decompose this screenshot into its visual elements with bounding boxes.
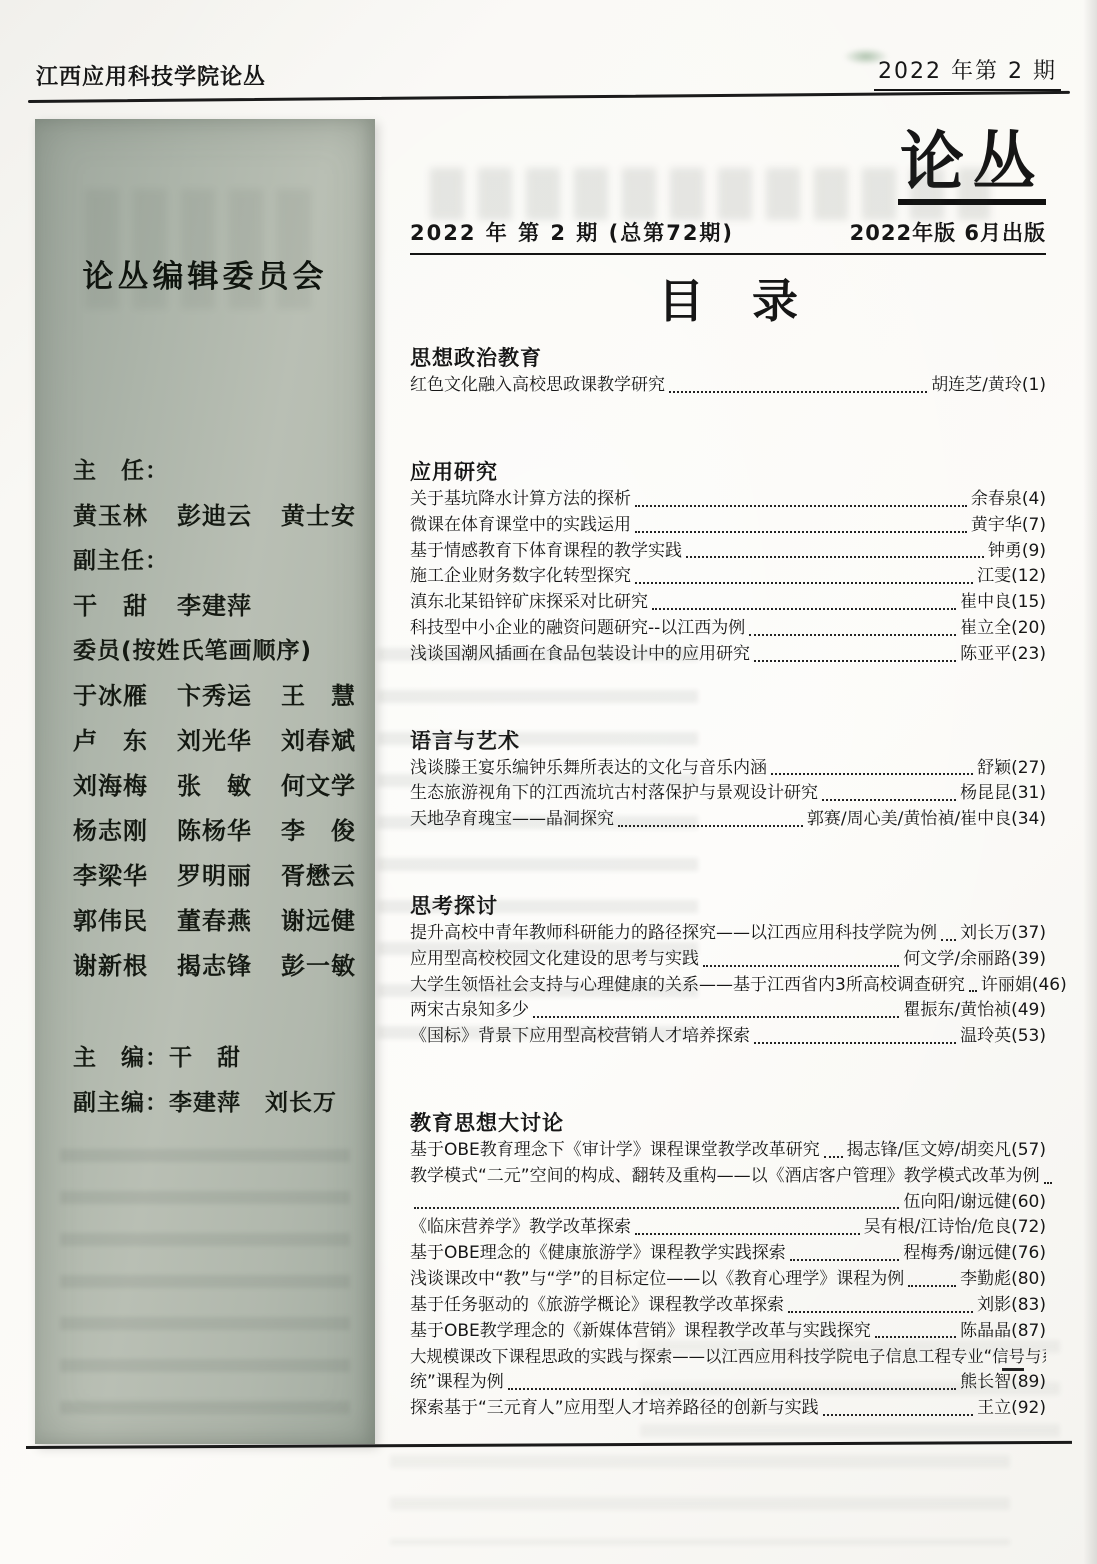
board-member-name: 陈杨华 — [177, 811, 281, 846]
board-member-name: 卢 东 — [73, 721, 177, 756]
board-names-row: 郭伟民董春燕谢远健 — [73, 896, 337, 941]
board-member-name: 主 编：干 甜 — [73, 1039, 241, 1072]
toc-entry-authors-page: 胡连芝/黄玲(1) — [931, 373, 1046, 399]
toc-entry: 伍向阳/谢远健(60) — [410, 1190, 1046, 1216]
toc-entry: 基于OBE理念的《健康旅游学》课程教学实践探索程梅秀/谢远健(76) — [410, 1241, 1046, 1267]
board-member-name: 胥懋云 — [281, 856, 356, 891]
board-names-row: 干 甜李建萍 — [73, 581, 337, 626]
toc-entry-title: 滇东北某铅锌矿床探采对比研究 — [410, 590, 648, 616]
toc-entry-title: 基于OBE教学理念的《新媒体营销》课程教学改革与实践探究 — [410, 1319, 871, 1345]
toc-entry: 天地孕育瑰宝——晶洞探究郭赛/周心美/黄怡禎/崔中良(34) — [410, 807, 1046, 833]
journal-masthead-title: 论丛 — [898, 130, 1046, 205]
toc-entry-authors-page: 陈晶晶(87) — [960, 1319, 1046, 1345]
toc-entry: 施工企业财务数字化转型探究江雯(12) — [410, 564, 1046, 590]
toc-entry-authors-page: 陈亚平(23) — [960, 642, 1046, 668]
toc-section-heading: 思想政治教育 — [410, 343, 1046, 373]
toc-entry-authors-page: 郭赛/周心美/黄怡禎/崔中良(34) — [807, 807, 1046, 833]
scan-smudge-artifact — [843, 48, 889, 65]
toc-entry-authors-page: 熊长智(89) — [960, 1370, 1046, 1396]
toc-entry-title: 浅谈滕王宴乐编钟乐舞所表达的文化与音乐内涵 — [410, 756, 767, 782]
board-label-row: 主 任： — [73, 446, 337, 491]
board-names-row: 黄玉林彭迪云黄士安 — [73, 491, 337, 536]
toc-entry: 《国标》背景下应用型高校营销人才培养探索温玲英(53) — [410, 1024, 1046, 1050]
board-member-name: 罗明丽 — [177, 856, 281, 891]
running-head-issue: 2022 年第 2 期 — [874, 54, 1061, 91]
toc-entry-title: 生态旅游视角下的江西流坑古村落保护与景观设计研究 — [410, 781, 818, 807]
board-names-row: 杨志刚陈杨华李 俊 — [73, 806, 337, 851]
toc-entry-title: 天地孕育瑰宝——晶洞探究 — [410, 807, 614, 833]
board-member-name: 黄士安 — [281, 496, 356, 531]
toc-entry: 大学生领悟社会支持与心理健康的关系——基于江西省内3所高校调查研究许丽娟(46) — [410, 973, 1046, 999]
editorial-board-title: 论丛编辑委员会 — [35, 251, 375, 296]
toc-entry-title: 基于情感教育下体育课程的教学实践 — [410, 539, 682, 565]
toc-entry-title: 关于基坑降水计算方法的探析 — [410, 487, 631, 513]
toc-entry-title: 《国标》背景下应用型高校营销人才培养探索 — [410, 1024, 750, 1050]
toc-entry: 提升高校中青年教师科研能力的路径探究——以江西应用科技学院为例刘长万(37) — [410, 921, 1046, 947]
toc-entry: 生态旅游视角下的江西流坑古村落保护与景观设计研究杨昆昆(31) — [410, 781, 1046, 807]
board-member-name: 副主编：李建萍 刘长万 — [73, 1084, 337, 1117]
toc-entry: 浅谈课改中“教”与“学”的目标定位——以《教育心理学》课程为例李勤彪(80) — [410, 1267, 1046, 1293]
toc-entry-title: 浅谈课改中“教”与“学”的目标定位——以《教育心理学》课程为例 — [410, 1267, 904, 1293]
toc-section-heading: 思考探讨 — [410, 891, 1046, 921]
toc-entry-title: 提升高校中青年教师科研能力的路径探究——以江西应用科技学院为例 — [410, 921, 937, 947]
board-member-name: 委员(按姓氏笔画顺序) — [73, 632, 312, 665]
page-edge-shadow — [1083, 0, 1097, 1564]
toc-entry: 红色文化融入高校思政课教学研究胡连芝/黄玲(1) — [410, 373, 1046, 399]
board-names-row: 卢 东刘光华刘春斌 — [73, 716, 337, 761]
issue-row: 2022 年 第 2 期 (总第72期) 2022年版 6月出版 — [410, 217, 1046, 255]
board-member-name: 副主任： — [73, 542, 169, 575]
toc-title: 目 录 — [410, 265, 1046, 331]
toc-entry-title: 探索基于“三元育人”应用型人才培养路径的创新与实践 — [410, 1396, 819, 1422]
board-member-name: 李梁华 — [73, 856, 177, 891]
toc-entry-authors-page: 崔中良(15) — [960, 590, 1046, 616]
board-label-row: 委员(按姓氏笔画顺序) — [73, 626, 337, 671]
toc-entry: 基于情感教育下体育课程的教学实践钟勇(9) — [410, 539, 1046, 565]
editorial-board-panel: 论丛编辑委员会 主 任：黄玉林彭迪云黄士安副主任：干 甜李建萍委员(按姓氏笔画顺… — [35, 119, 375, 1444]
toc-entry: 浅谈滕王宴乐编钟乐舞所表达的文化与音乐内涵舒颖(27) — [410, 756, 1046, 782]
board-member-name: 董春燕 — [177, 901, 281, 936]
toc-entry-authors-page: 崔立全(20) — [960, 616, 1046, 642]
board-member-name: 彭一敏 — [281, 946, 356, 981]
scanned-journal-toc-page: 江西应用科技学院论丛 2022 年第 2 期 论丛编辑委员会 主 任：黄玉林彭迪… — [0, 0, 1097, 1564]
toc-entry-title: 红色文化融入高校思政课教学研究 — [410, 373, 665, 399]
board-member-name: 谢新根 — [73, 946, 177, 981]
board-member-name: 卞秀运 — [177, 676, 281, 711]
running-head: 江西应用科技学院论丛 2022 年第 2 期 — [36, 54, 1061, 91]
board-member-name: 黄玉林 — [73, 496, 177, 531]
toc-entry-authors-page: 钟勇(9) — [988, 539, 1046, 565]
toc-entry-authors-page: 黄宇华(7) — [971, 513, 1046, 539]
toc-section-heading: 教育思想大讨论 — [410, 1108, 1046, 1138]
toc-entry-title: 施工企业财务数字化转型探究 — [410, 564, 631, 590]
toc-entry: 统”课程为例熊长智(89) — [410, 1370, 1046, 1396]
toc-entry-title: 教学模式“二元”空间的构成、翻转及重构——以《酒店客户管理》教学模式改革为例 — [410, 1164, 1040, 1190]
toc-entry-authors-page: 刘长万(37) — [960, 921, 1046, 947]
board-member-name: 李建萍 — [177, 586, 281, 621]
toc-entry-authors-page: 伍向阳/谢远健(60) — [903, 1190, 1046, 1216]
board-member-name: 主 任： — [73, 452, 169, 485]
board-label-row: 主 编：干 甜 — [73, 1033, 337, 1078]
toc-entry-authors-page: 余春泉(4) — [971, 487, 1046, 513]
toc-entry: 两宋古泉知多少瞿振东/黄怡祯(49) — [410, 998, 1046, 1024]
publication-date: 2022年版 6月出版 — [850, 217, 1046, 247]
toc-entry-title: 大规模课改下课程思政的实践与探索——以江西应用科技学院电子信息工程专业“信号与系 — [410, 1344, 1046, 1370]
board-member-name: 于冰雁 — [73, 676, 177, 711]
toc-entry: 教学模式“二元”空间的构成、翻转及重构——以《酒店客户管理》教学模式改革为例 — [410, 1164, 1046, 1190]
toc-section-heading: 应用研究 — [410, 457, 1046, 487]
board-member-name: 彭迪云 — [177, 496, 281, 531]
toc-sections: 思想政治教育红色文化融入高校思政课教学研究胡连芝/黄玲(1)应用研究关于基坑降水… — [410, 343, 1046, 1422]
toc-entry-title: 应用型高校校园文化建设的思考与实践 — [410, 947, 699, 973]
board-names-row: 谢新根揭志锋彭一敏 — [73, 941, 337, 986]
scan-dash-artifact — [1002, 1368, 1024, 1371]
toc-entry: 《临床营养学》教学改革探索吴有根/江诗怡/危良(72) — [410, 1215, 1046, 1241]
bleed-through-artifact — [60, 1149, 350, 1429]
issue-number: 2022 年 第 2 期 (总第72期) — [410, 217, 734, 247]
board-names-row: 李梁华罗明丽胥懋云 — [73, 851, 337, 896]
toc-entry-title: 科技型中小企业的融资问题研究--以江西为例 — [410, 616, 745, 642]
toc-entry-authors-page: 揭志锋/匡文婷/胡奕凡(57) — [847, 1138, 1046, 1164]
toc-entry-authors-page: 温玲英(53) — [960, 1024, 1046, 1050]
toc-entry: 应用型高校校园文化建设的思考与实践何文学/余丽路(39) — [410, 947, 1046, 973]
board-member-name: 李 俊 — [281, 811, 356, 846]
toc-entry-title: 《临床营养学》教学改革探索 — [410, 1215, 631, 1241]
toc-entry: 滇东北某铅锌矿床探采对比研究崔中良(15) — [410, 590, 1046, 616]
toc-entry-title: 两宋古泉知多少 — [410, 998, 529, 1024]
toc-entry-authors-page: 李勤彪(80) — [960, 1267, 1046, 1293]
board-names-row: 于冰雁卞秀运王 慧 — [73, 671, 337, 716]
board-rows: 主 任：黄玉林彭迪云黄士安副主任：干 甜李建萍委员(按姓氏笔画顺序)于冰雁卞秀运… — [35, 446, 375, 1123]
board-member-name: 杨志刚 — [73, 811, 177, 846]
header-rule — [28, 91, 1070, 103]
board-member-name: 刘海梅 — [73, 766, 177, 801]
toc-entry: 基于OBE教育理念下《审计学》课程课堂教学改革研究揭志锋/匡文婷/胡奕凡(57) — [410, 1138, 1046, 1164]
board-member-name: 王 慧 — [281, 676, 356, 711]
toc-entry-authors-page: 江雯(12) — [977, 564, 1046, 590]
toc-main-column: 论丛 2022 年 第 2 期 (总第72期) 2022年版 6月出版 目 录 … — [410, 120, 1046, 1422]
toc-entry-authors-page: 许丽娟(46) — [981, 973, 1067, 999]
toc-entry-authors-page: 刘影(83) — [977, 1293, 1046, 1319]
toc-entry: 基于任务驱动的《旅游学概论》课程教学改革探索刘影(83) — [410, 1293, 1046, 1319]
board-member-name: 谢远健 — [281, 901, 356, 936]
toc-entry: 科技型中小企业的融资问题研究--以江西为例崔立全(20) — [410, 616, 1046, 642]
bleed-through-artifact — [390, 1455, 1010, 1545]
board-member-name: 揭志锋 — [177, 946, 281, 981]
board-member-name: 郭伟民 — [73, 901, 177, 936]
toc-entry: 基于OBE教学理念的《新媒体营销》课程教学改革与实践探究陈晶晶(87) — [410, 1319, 1046, 1345]
board-member-name: 何文学 — [281, 766, 356, 801]
board-member-name: 张 敏 — [177, 766, 281, 801]
board-label-row: 副主任： — [73, 536, 337, 581]
toc-entry: 大规模课改下课程思政的实践与探索——以江西应用科技学院电子信息工程专业“信号与系 — [410, 1344, 1046, 1370]
board-label-row: 副主编：李建萍 刘长万 — [73, 1078, 337, 1123]
running-head-journal-name: 江西应用科技学院论丛 — [36, 60, 266, 91]
board-member-name: 干 甜 — [73, 586, 177, 621]
toc-entry: 关于基坑降水计算方法的探析余春泉(4) — [410, 487, 1046, 513]
toc-section-heading: 语言与艺术 — [410, 726, 1046, 756]
toc-entry-authors-page: 舒颖(27) — [977, 756, 1046, 782]
toc-entry: 微课在体育课堂中的实践运用黄宇华(7) — [410, 513, 1046, 539]
toc-entry-title: 基于OBE理念的《健康旅游学》课程教学实践探索 — [410, 1241, 786, 1267]
toc-entry-authors-page: 瞿振东/黄怡祯(49) — [903, 998, 1046, 1024]
toc-entry: 浅谈国潮风插画在食品包装设计中的应用研究陈亚平(23) — [410, 642, 1046, 668]
toc-entry-title: 浅谈国潮风插画在食品包装设计中的应用研究 — [410, 642, 750, 668]
toc-entry-title: 大学生领悟社会支持与心理健康的关系——基于江西省内3所高校调查研究 — [410, 973, 965, 999]
board-names-row: 刘海梅张 敏何文学 — [73, 761, 337, 806]
toc-entry-title: 基于OBE教育理念下《审计学》课程课堂教学改革研究 — [410, 1138, 820, 1164]
toc-entry-title: 微课在体育课堂中的实践运用 — [410, 513, 631, 539]
toc-entry: 探索基于“三元育人”应用型人才培养路径的创新与实践王立(92) — [410, 1396, 1046, 1422]
board-member-name: 刘光华 — [177, 721, 281, 756]
toc-entry-authors-page: 王立(92) — [977, 1396, 1046, 1422]
toc-entry-authors-page: 杨昆昆(31) — [960, 781, 1046, 807]
toc-entry-authors-page: 程梅秀/谢远健(76) — [903, 1241, 1046, 1267]
toc-entry-authors-page: 何文学/余丽路(39) — [903, 947, 1046, 973]
toc-entry-title: 基于任务驱动的《旅游学概论》课程教学改革探索 — [410, 1293, 784, 1319]
toc-entry-title: 统”课程为例 — [410, 1370, 504, 1396]
toc-entry-authors-page: 吴有根/江诗怡/危良(72) — [864, 1215, 1046, 1241]
board-member-name: 刘春斌 — [281, 721, 356, 756]
